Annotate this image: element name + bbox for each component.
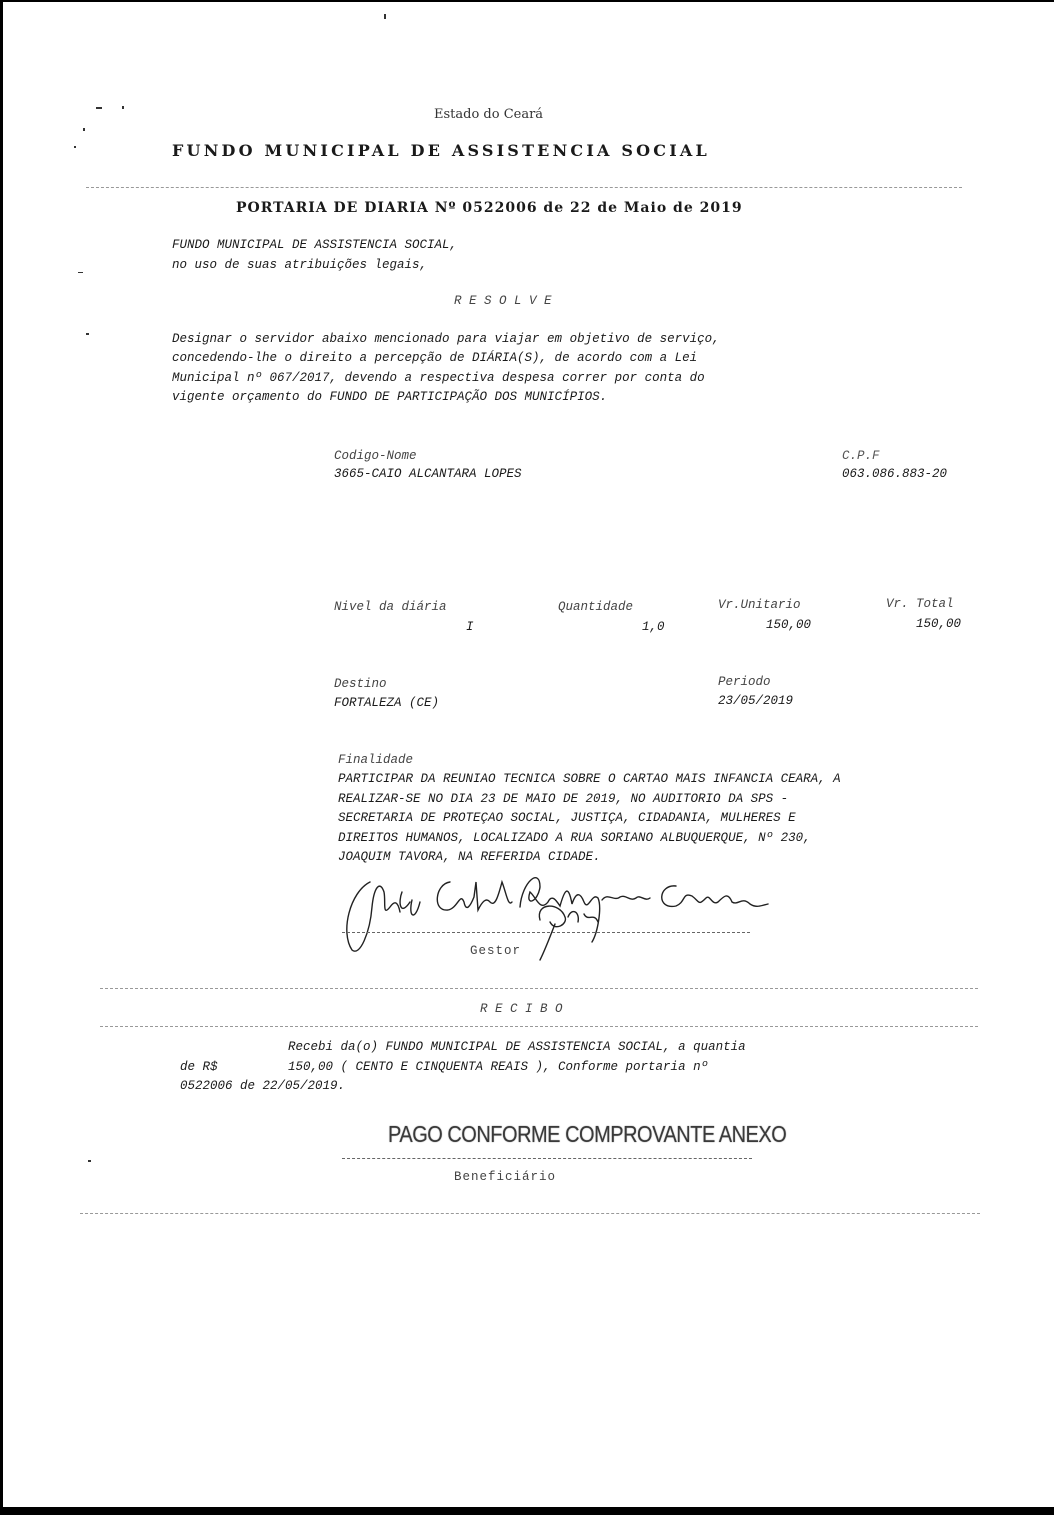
scan-speck (96, 107, 102, 109)
scan-speck (74, 146, 76, 148)
body-line-2: concedendo-lhe o direito a percepção de … (172, 351, 697, 365)
state-name: Estado do Ceará (434, 107, 543, 122)
scan-speck (88, 1160, 91, 1162)
beneficiary-signature-line (342, 1158, 752, 1159)
scan-speck (86, 333, 89, 335)
preamble-line-2: no uso de suas atribuições legais, (172, 258, 427, 272)
receipt-currency-prefix: de R$ (180, 1060, 218, 1074)
purpose-line-3: SECRETARIA DE PROTEÇAO SOCIAL, JUSTIÇA, … (338, 811, 796, 825)
manager-signature-line (342, 932, 750, 933)
allowance-level: I (466, 620, 474, 634)
resolve-heading: R E S O L V E (454, 294, 552, 308)
cpf-label: C.P.F (842, 449, 880, 463)
scan-speck (83, 128, 85, 131)
employee-cpf: 063.086.883-20 (842, 467, 947, 481)
receipt-line-3: 0522006 de 22/05/2019. (180, 1079, 345, 1093)
receipt-line-2: 150,00 ( CENTO E CINQUENTA REAIS ), Conf… (288, 1060, 708, 1074)
unit-value-label: Vr.Unitario (718, 598, 801, 612)
allowance-unit-value: 150,00 (766, 618, 811, 632)
trip-period: 23/05/2019 (718, 694, 793, 708)
trip-destination: FORTALEZA (CE) (334, 696, 439, 710)
scan-speck (122, 106, 124, 109)
allowance-total: 150,00 (916, 617, 961, 631)
body-line-4: vigente orçamento do FUNDO DE PARTICIPAÇ… (172, 390, 607, 404)
preamble-line-1: FUNDO MUNICIPAL DE ASSISTENCIA SOCIAL, (172, 238, 457, 252)
scan-border-bottom (0, 1507, 1054, 1515)
receipt-line-1: Recebi da(o) FUNDO MUNICIPAL DE ASSISTEN… (288, 1040, 746, 1054)
divider (100, 988, 978, 989)
body-line-3: Municipal nº 067/2017, devendo a respect… (172, 371, 705, 385)
receipt-heading: R E C I B O (480, 1002, 563, 1016)
scan-border-left (0, 0, 3, 1515)
divider (86, 187, 962, 188)
manager-role-label: Gestor (470, 944, 521, 958)
level-label: Nivel da diária (334, 600, 447, 614)
quantity-label: Quantidade (558, 600, 633, 614)
scan-speck (384, 14, 386, 19)
purpose-line-1: PARTICIPAR DA REUNIAO TECNICA SOBRE O CA… (338, 772, 841, 786)
total-label: Vr. Total (886, 597, 954, 611)
purpose-label: Finalidade (338, 753, 413, 767)
manager-signature (340, 862, 820, 962)
code-name-label: Codigo-Nome (334, 449, 417, 463)
purpose-line-2: REALIZAR-SE NO DIA 23 DE MAIO DE 2019, N… (338, 792, 788, 806)
organization-name: FUNDO MUNICIPAL DE ASSISTENCIA SOCIAL (172, 141, 710, 160)
destination-label: Destino (334, 677, 387, 691)
period-label: Periodo (718, 675, 771, 689)
divider (100, 1026, 978, 1027)
employee-code-name: 3665-CAIO ALCANTARA LOPES (334, 467, 522, 481)
allowance-quantity: 1,0 (642, 620, 665, 634)
divider (80, 1213, 980, 1214)
beneficiary-label: Beneficiário (454, 1170, 556, 1184)
scan-border-top (0, 0, 1054, 2)
body-line-1: Designar o servidor abaixo mencionado pa… (172, 332, 720, 346)
purpose-line-4: DIREITOS HUMANOS, LOCALIZADO A RUA SORIA… (338, 831, 811, 845)
document-title: PORTARIA DE DIARIA Nº 0522006 de 22 de M… (236, 200, 743, 216)
paid-stamp: PAGO CONFORME COMPROVANTE ANEXO (388, 1122, 786, 1148)
scan-speck (78, 272, 83, 273)
